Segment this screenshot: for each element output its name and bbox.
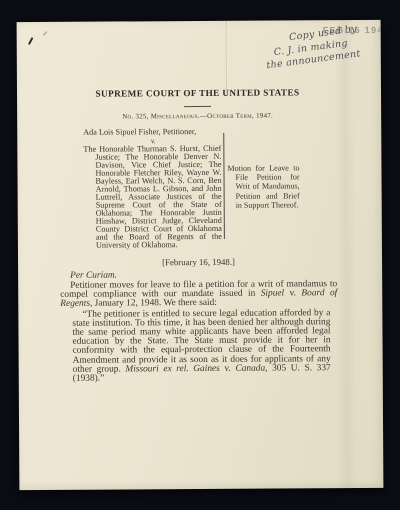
pen-mark-small bbox=[43, 31, 47, 35]
docket-line: No. 325, Miscellaneous.—October Term, 19… bbox=[59, 112, 336, 121]
handwritten-note: Copy used by C. J. in making the announc… bbox=[263, 20, 384, 73]
motion-description: Motion for Leave to File Petition for Wr… bbox=[227, 163, 299, 209]
case-caption: Ada Lois Sipuel Fisher, Petitioner, v. T… bbox=[17, 20, 381, 22]
document-page: FEB 16 194 Copy used by C. J. in making … bbox=[17, 20, 384, 490]
caption-rule bbox=[223, 133, 225, 239]
paper-shading bbox=[335, 20, 358, 488]
respondents-list: The Honorable Thurman S. Hurst, Chief Ju… bbox=[83, 145, 222, 250]
decision-date: [February 16, 1948.] bbox=[60, 257, 337, 268]
opinion-body: [February 16, 1948.] Per Curiam. Petitio… bbox=[60, 257, 338, 384]
opinion-paragraph: Petitioner moves for leave to file a pet… bbox=[60, 280, 337, 309]
photo-background: { "colors": { "background": "#0b0c14", "… bbox=[0, 0, 400, 510]
court-title: SUPREME COURT OF THE UNITED STATES bbox=[59, 87, 336, 99]
quote-text: v. bbox=[220, 364, 236, 374]
title-divider bbox=[184, 106, 211, 107]
case-citation: Sipuel bbox=[261, 289, 284, 299]
paragraph-text: , January 12, 1948. We there said: bbox=[90, 298, 217, 309]
case-citation: Canada bbox=[235, 363, 265, 373]
paper-fold-crease bbox=[226, 21, 227, 95]
pen-mark bbox=[28, 37, 33, 45]
paragraph-text: v. bbox=[284, 288, 301, 298]
quotation-block: “The petitioner is entitled to secure le… bbox=[72, 309, 330, 384]
case-citation: Missouri ex rel. Gaines bbox=[125, 364, 219, 375]
